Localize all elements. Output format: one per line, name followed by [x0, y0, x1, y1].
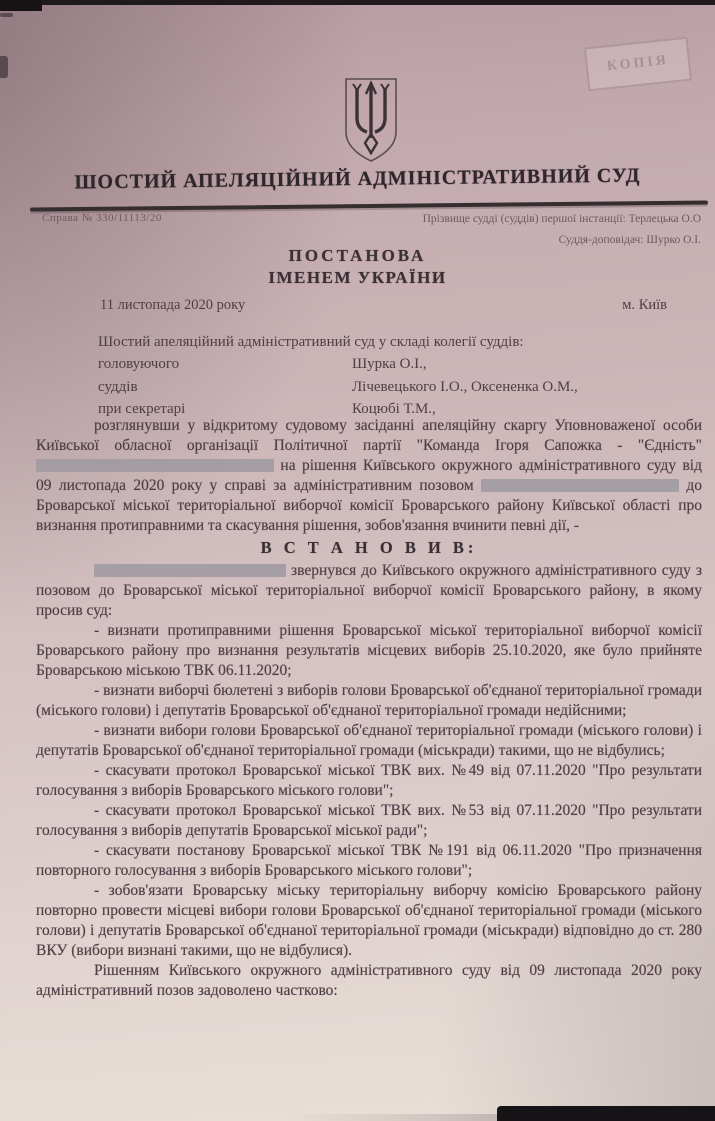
copy-stamp-label: КОПІЯ [606, 53, 669, 75]
first-instance-judge: Прізвище судді (суддів) першої інстанції… [423, 209, 701, 230]
text-run: - визнати протиправними рішення Броварсь… [36, 622, 702, 679]
photo-edge-mark [0, 13, 13, 17]
panel-label: суддів [98, 376, 352, 399]
copy-stamp: КОПІЯ [584, 37, 692, 92]
paragraph: - визнати вибори голови Броварської об'є… [36, 721, 702, 761]
redaction-block [36, 459, 274, 472]
photo-top-edge-shadow [0, 0, 715, 5]
panel-row-judges: суддів Лічевецького І.О., Оксененка О.М.… [98, 376, 678, 399]
scanned-court-document: КОПІЯ ШОСТИЙ АПЕЛЯЦІЙНИЙ АДМІНІСТРАТИВНИ… [0, 0, 715, 1121]
text-run: - скасувати постанову Броварської місько… [36, 842, 702, 879]
paragraphs: розглянувши у відкритому судовому засіда… [36, 416, 702, 1001]
paragraph: - зобов'язати Броварську міську територі… [36, 881, 702, 961]
photo-edge-mark-left [0, 56, 8, 78]
panel-intro: Шостий апеляційний адміністративний суд … [98, 334, 678, 351]
text-run: розглянувши у відкритому судовому засіда… [36, 417, 702, 454]
panel-label: головуючого [98, 353, 352, 376]
text-run: - скасувати протокол Броварської міської… [36, 762, 702, 799]
dateline: 11 листопада 2020 року м. Київ [100, 297, 667, 314]
ukraine-trident-emblem [342, 76, 400, 164]
panel-value: Шурка О.І., [352, 353, 678, 376]
court-name-title: ШОСТИЙ АПЕЛЯЦІЙНИЙ АДМІНІСТРАТИВНИЙ СУД [0, 164, 715, 196]
text-run: - скасувати протокол Броварської міської… [36, 802, 702, 839]
decision-date: 11 листопада 2020 року [100, 297, 245, 314]
paragraph: Рішенням Київського окружного адміністра… [36, 961, 702, 1001]
paragraph: звернувся до Київського окружного адміні… [36, 561, 702, 621]
panel-row-presiding: головуючого Шурка О.І., [98, 353, 678, 376]
text-run: Рішенням Київського окружного адміністра… [36, 962, 702, 999]
heading-postanova: ПОСТАНОВА [0, 245, 715, 267]
text-run: - визнати вибори голови Броварської об'є… [36, 722, 702, 759]
text-run: - визнати виборчі бюлетені з виборів гол… [36, 682, 702, 719]
document-heading: ПОСТАНОВА ІМЕНЕМ УКРАЇНИ [0, 245, 715, 289]
paragraph: - визнати виборчі бюлетені з виборів гол… [36, 681, 702, 721]
photo-corner-shadow [0, 0, 42, 11]
panel-value: Лічевецького І.О., Оксененка О.М., [352, 376, 678, 399]
judicial-panel: Шостий апеляційний адміністративний суд … [98, 334, 678, 421]
established-heading: В С Т А Н О В И В: [36, 536, 702, 561]
heading-in-the-name: ІМЕНЕМ УКРАЇНИ [0, 267, 715, 289]
photo-bottom-shadow [497, 1106, 715, 1121]
paragraph: - визнати протиправними рішення Броварсь… [36, 621, 702, 681]
text-run: - зобов'язати Броварську міську територі… [36, 882, 702, 959]
case-number: Справа № 330/11113/20 [42, 212, 162, 224]
paragraph: - скасувати протокол Броварської міської… [36, 801, 702, 841]
paragraph: розглянувши у відкритому судовому засіда… [36, 416, 702, 536]
decision-place: м. Київ [622, 297, 667, 314]
paragraph: - скасувати протокол Броварської міської… [36, 761, 702, 801]
paragraph: - скасувати постанову Броварської місько… [36, 841, 702, 881]
redaction-block [94, 564, 286, 577]
redaction-block [481, 479, 679, 492]
